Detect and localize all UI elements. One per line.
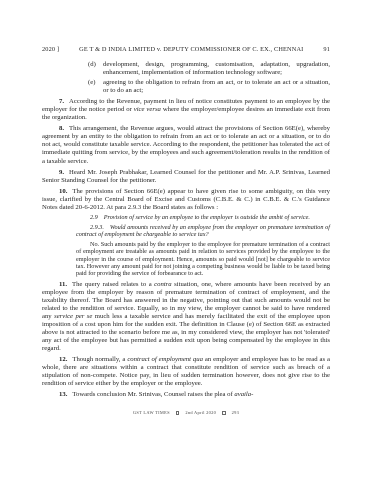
paragraph-text: This arrangement, the Revenue argues, wo… xyxy=(42,125,330,164)
paragraph-11: 11.The query raised relates to a contra … xyxy=(42,281,330,353)
paragraph-number: 8. xyxy=(59,125,64,132)
header-year-label: 2020 ] xyxy=(42,46,59,53)
paragraph-text: According to the Revenue, payment in lie… xyxy=(42,98,330,121)
journal-name: GST LAW TIMES xyxy=(133,410,170,415)
paragraph-number: 7. xyxy=(59,98,64,105)
header-page-number: 91 xyxy=(323,46,330,53)
paragraph-12: 12.Though normally, a contract of employ… xyxy=(42,356,330,388)
quote-para-number: 2.9.3. xyxy=(90,224,104,231)
quote-para-text: Would amounts received by an employee fr… xyxy=(76,224,330,238)
paragraph-number: 12. xyxy=(59,356,67,363)
quote-para-text: Provision of service by an employee to t… xyxy=(104,214,310,221)
list-item-d: (d) development, design, programming, cu… xyxy=(88,61,330,77)
paragraph-9: 9.Heard Mr. Joseph Prabhakar, Learned Co… xyxy=(42,169,330,185)
paragraph-text: Towards conclusion Mr. Srinivas, Counsel… xyxy=(72,391,253,398)
list-item-e: (e) agreeing to the obligation to refrai… xyxy=(88,79,330,95)
paragraph-text: The provisions of Section 66E(e) appear … xyxy=(42,188,330,211)
separator-box-icon xyxy=(222,411,226,415)
running-header: 2020 ] GE T & D INDIA LIMITED v. DEPUTY … xyxy=(42,46,330,53)
separator-box-icon xyxy=(176,411,180,415)
issue-page-number: 293 xyxy=(232,410,240,415)
paragraph-7: 7.According to the Revenue, payment in l… xyxy=(42,98,330,122)
list-item-label: (d) xyxy=(88,61,98,77)
paragraph-text: The query raised relates to a contra sit… xyxy=(42,281,330,352)
paragraph-number: 11. xyxy=(59,281,67,288)
paragraph-number: 13. xyxy=(59,391,67,398)
list-item-text: development, design, programming, custom… xyxy=(103,61,330,77)
quote-para-number: 2.9 xyxy=(90,214,98,221)
quote-para-2-9: 2.9Provision of service by an employee t… xyxy=(76,214,330,221)
paragraph-10: 10.The provisions of Section 66E(e) appe… xyxy=(42,188,330,212)
paragraph-13: 13.Towards conclusion Mr. Srinivas, Coun… xyxy=(42,391,330,399)
header-case-title: GE T & D INDIA LIMITED v. DEPUTY COMMISS… xyxy=(73,46,309,53)
quote-para-answer: No. Such amounts paid by the employer to… xyxy=(76,241,330,277)
journal-footer: GST LAW TIMES 2nd April 2020 293 xyxy=(42,410,330,415)
paragraph-text: Heard Mr. Joseph Prabhakar, Learned Coun… xyxy=(42,169,330,184)
document-page: 2020 ] GE T & D INDIA LIMITED v. DEPUTY … xyxy=(0,0,370,480)
paragraph-number: 9. xyxy=(59,169,64,176)
paragraph-number: 10. xyxy=(59,188,67,195)
paragraph-text: Though normally, a contract of employmen… xyxy=(42,356,330,387)
list-item-text: agreeing to the obligation to refrain fr… xyxy=(103,79,330,95)
list-item-label: (e) xyxy=(88,79,98,95)
paragraph-8: 8.This arrangement, the Revenue argues, … xyxy=(42,125,330,165)
issue-date: 2nd April 2020 xyxy=(185,410,216,415)
quote-para-text: No. Such amounts paid by the employer to… xyxy=(76,241,330,277)
quote-para-2-9-3: 2.9.3.Would amounts received by an emplo… xyxy=(76,224,330,239)
